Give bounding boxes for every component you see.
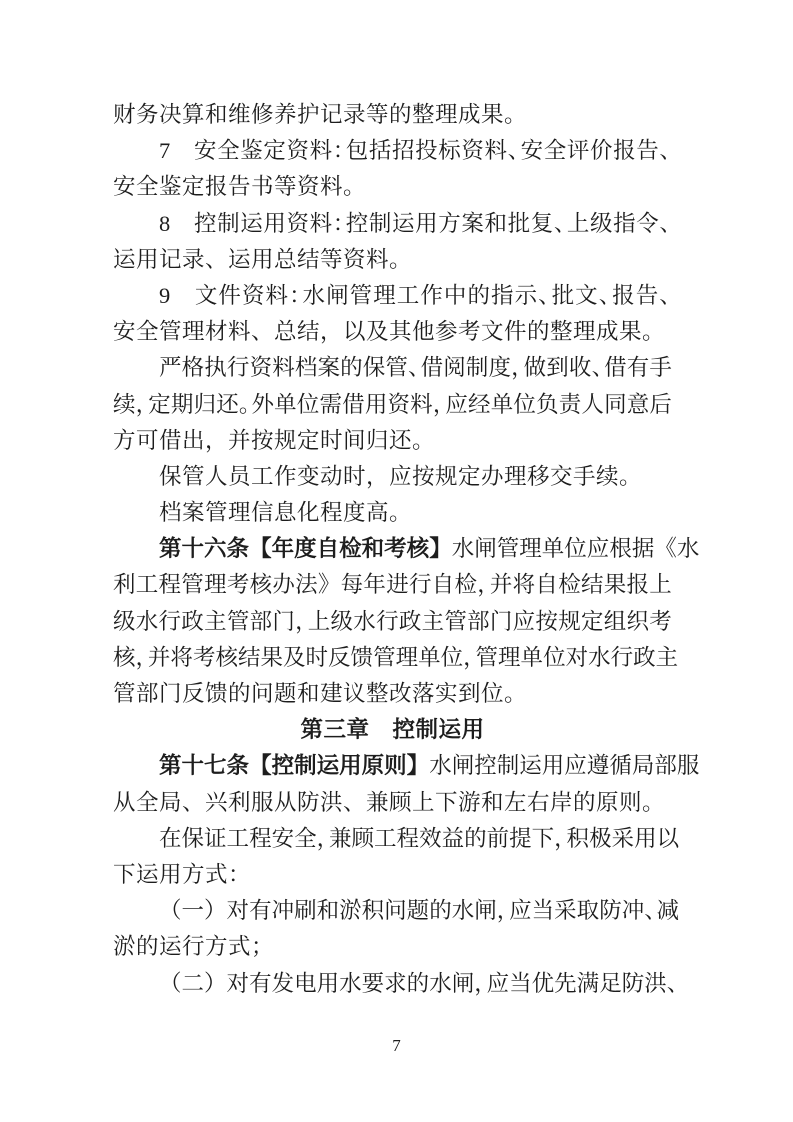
text-char: 上 <box>567 206 590 242</box>
text-line: 级水行政主管部门，上级水行政主管部门应按规定组织考 <box>113 604 672 640</box>
text-char: 控 <box>272 748 295 784</box>
text-char: ， <box>497 893 509 929</box>
text-char: 文 <box>195 278 218 314</box>
text-char: ， <box>295 604 307 640</box>
text-line: 第十七条【控制运用原则】水闸控制运用应遵循局部服 <box>113 748 672 784</box>
text-char: 的 <box>467 278 490 314</box>
text-char: 先 <box>554 966 577 1002</box>
text-char: 料 <box>310 206 333 242</box>
text-char: 上 <box>308 604 331 640</box>
text-char: 检 <box>558 567 581 603</box>
text-char: 当 <box>532 893 555 929</box>
text-char: 工 <box>374 821 397 857</box>
text-line: 从全局、兴利服从防洪、兼顾上下游和左右岸的原则。 <box>113 785 672 821</box>
text-char: 单 <box>521 640 544 676</box>
text-char: 外 <box>251 387 274 423</box>
text-char: 全 <box>217 133 240 169</box>
text-char: 按 <box>535 604 558 640</box>
text-char: 水 <box>429 966 452 1002</box>
text-char: 自 <box>317 531 340 567</box>
text-char: 闸 <box>452 748 475 784</box>
text-line: 7 安全鉴定资料：包括招投标资料、安全评价报告、 <box>113 133 672 169</box>
text-char: 意 <box>627 387 650 423</box>
text-line: 续，定期归还。外单位需借用资料，应经单位负责人同意后 <box>113 387 672 423</box>
text-char: 主 <box>422 604 445 640</box>
text-char: 程 <box>159 567 182 603</box>
text-char: 】 <box>407 748 430 784</box>
text-char: 需 <box>319 387 342 423</box>
text-char: 、 <box>538 278 550 314</box>
text-char: 行 <box>409 567 432 603</box>
text-char: 对 <box>566 640 589 676</box>
text-char: 水 <box>588 640 611 676</box>
text-char: 告 <box>636 133 659 169</box>
text-char: 管 <box>373 640 396 676</box>
text-char: 二 <box>182 966 205 1002</box>
text-char: 理 <box>498 640 521 676</box>
text-char: ： <box>333 133 345 169</box>
text-char: 理 <box>204 567 227 603</box>
text-char: 收 <box>569 350 592 386</box>
text-char: 和 <box>317 893 340 929</box>
text-char: 资 <box>286 133 309 169</box>
text-char: 应 <box>509 893 532 929</box>
text-char: 招 <box>392 133 415 169</box>
text-char: 有 <box>627 350 650 386</box>
text-run: 第三章 控制运用 <box>300 717 484 742</box>
text-char: 门 <box>490 604 513 640</box>
text-char: 《 <box>654 531 677 567</box>
text-char: 。 <box>239 387 251 423</box>
text-char: 理 <box>373 278 396 314</box>
text-char: 还 <box>216 387 239 423</box>
text-char: （ <box>159 966 182 1002</box>
text-char: 效 <box>419 821 442 857</box>
text-char: 积 <box>567 821 590 857</box>
text-char: 取 <box>577 893 600 929</box>
text-char: 条 <box>227 748 250 784</box>
text-char: 应 <box>487 966 510 1002</box>
text-char: 核 <box>407 531 430 567</box>
text-char: 安 <box>272 821 295 857</box>
text-char: 理 <box>396 640 419 676</box>
text-char: ： <box>333 206 345 242</box>
text-char: 要 <box>362 966 385 1002</box>
text-run: 财务决算和维修养护记录等的整理成果。 <box>113 102 527 127</box>
text-char: 定 <box>148 387 171 423</box>
text-char: 用 <box>634 821 657 857</box>
text-char: 报 <box>612 278 635 314</box>
text-char: 求 <box>384 966 407 1002</box>
text-char: 、 <box>508 133 520 169</box>
text-char: 定 <box>263 133 286 169</box>
text-char: 和 <box>362 531 385 567</box>
text-char: 提 <box>509 821 532 857</box>
text-char: 工 <box>136 567 159 603</box>
text-char: 括 <box>369 133 392 169</box>
text-char: 用 <box>339 748 362 784</box>
text-char: 投 <box>415 133 438 169</box>
text-char: 检 <box>339 531 362 567</box>
text-char: ） <box>204 893 227 929</box>
text-char: 、 <box>659 133 671 169</box>
text-char: 工 <box>397 278 420 314</box>
text-char: ， <box>136 387 148 423</box>
text-char: 检 <box>454 567 477 603</box>
text-char: 规 <box>558 604 581 640</box>
text-char: 包 <box>346 133 369 169</box>
text-char: 度 <box>488 350 511 386</box>
text-char: 水 <box>353 604 376 640</box>
text-char: 对 <box>227 966 250 1002</box>
text-char: 资 <box>286 206 309 242</box>
text-char: 兼 <box>329 821 352 857</box>
text-char: 评 <box>567 133 590 169</box>
text-char: 主 <box>204 604 227 640</box>
text-char: 闸 <box>474 531 497 567</box>
text-run: 方可借出，并按规定时间归还。 <box>113 428 435 453</box>
text-char: 根 <box>609 531 632 567</box>
text-run: 运用记录、运用总结等资料。 <box>113 247 412 272</box>
text-char: 严 <box>159 350 182 386</box>
text-char: 、 <box>554 206 566 242</box>
text-char: 运 <box>519 748 542 784</box>
text-char: 果 <box>260 640 283 676</box>
text-char: 前 <box>487 821 510 857</box>
text-run: 档案管理信息化程度高。 <box>159 500 412 525</box>
text-char: 反 <box>328 640 351 676</box>
text-line: 严格执行资料档案的保管、借阅制度，做到收、借有手 <box>113 350 672 386</box>
text-char: 管 <box>181 567 204 603</box>
text-char: 当 <box>509 966 532 1002</box>
text-char: 水 <box>677 531 700 567</box>
text-char: 制 <box>497 748 520 784</box>
text-char: 保 <box>363 350 386 386</box>
text-char: 考 <box>227 567 250 603</box>
text-char: 指 <box>491 278 514 314</box>
text-char: 制 <box>466 350 489 386</box>
text-char: 冲 <box>622 893 645 929</box>
text-char: 档 <box>295 350 318 386</box>
text-char: 第 <box>159 748 182 784</box>
text-char: 采 <box>612 821 635 857</box>
text-char: 织 <box>626 604 649 640</box>
text-char: 行 <box>376 604 399 640</box>
text-char: 循 <box>609 748 632 784</box>
text-line: （一）对有冲刷和淤积问题的水闸，应当采取防冲、减 <box>113 893 672 929</box>
text-char: ， <box>554 821 566 857</box>
text-char: 制 <box>294 748 317 784</box>
text-char: 保 <box>182 821 205 857</box>
text-char <box>171 278 194 314</box>
text-char: 部 <box>250 604 273 640</box>
text-char: 级 <box>590 206 613 242</box>
text-char: 控 <box>474 748 497 784</box>
text-char: 第 <box>159 531 182 567</box>
text-char: 益 <box>442 821 465 857</box>
text-char: 级 <box>113 604 136 640</box>
text-char: 阅 <box>443 350 466 386</box>
text-char: 程 <box>249 821 272 857</box>
text-char: 政 <box>399 604 422 640</box>
text-char: 运 <box>240 206 263 242</box>
text-line: 安全管理材料、总结，以及其他参考文件的整理成果。 <box>113 314 672 350</box>
text-char: 料 <box>272 350 295 386</box>
text-line: 在保证工程安全，兼顾工程效益的前提下，积极采用以 <box>113 821 672 857</box>
text-char: 优 <box>532 966 555 1002</box>
text-char: 件 <box>218 278 241 314</box>
text-char: ， <box>433 387 445 423</box>
text-char: 每 <box>341 567 364 603</box>
text-char: 料 <box>484 133 507 169</box>
text-char: 位 <box>513 387 536 423</box>
text-char: 法 <box>295 567 318 603</box>
text-char: ， <box>136 640 148 676</box>
text-line: 下运用方式： <box>113 857 672 893</box>
text-char: 经 <box>468 387 491 423</box>
text-char: 运 <box>392 206 415 242</box>
text-char: 部 <box>467 604 490 640</box>
text-char: 行 <box>159 604 182 640</box>
text-char: 防 <box>622 966 645 1002</box>
text-line: 方可借出，并按规定时间归还。 <box>113 423 672 459</box>
text-line: 档案管理信息化程度高。 <box>113 495 672 531</box>
text-char: 结 <box>581 567 604 603</box>
text-char: 归 <box>194 387 217 423</box>
text-char: 9 <box>159 278 170 314</box>
text-char: 主 <box>656 640 679 676</box>
text-char: 期 <box>171 387 194 423</box>
page-number: 7 <box>0 1036 793 1056</box>
text-char: 核 <box>250 567 273 603</box>
text-char: 自 <box>432 567 455 603</box>
text-char: 定 <box>581 604 604 640</box>
text-char: 十 <box>182 748 205 784</box>
text-char: 用 <box>542 748 565 784</box>
text-char: 鉴 <box>240 133 263 169</box>
text-char: 文 <box>575 278 598 314</box>
text-char: 执 <box>204 350 227 386</box>
text-char: 核 <box>113 640 136 676</box>
text-char: 指 <box>613 206 636 242</box>
text-char: 资 <box>387 387 410 423</box>
text-char: 对 <box>227 893 250 929</box>
text-char: 管 <box>227 604 250 640</box>
text-char: 借 <box>421 350 444 386</box>
document-content: 财务决算和维修养护记录等的整理成果。7 安全鉴定资料：包括招投标资料、安全评价报… <box>113 97 672 1002</box>
text-char: 批 <box>552 278 575 314</box>
text-char: 用 <box>365 387 388 423</box>
text-char: 资 <box>461 133 484 169</box>
text-char: 水 <box>452 531 475 567</box>
text-char: 管 <box>385 350 408 386</box>
text-char: 度 <box>294 531 317 567</box>
text-char: 将 <box>513 567 536 603</box>
text-char: 制 <box>217 206 240 242</box>
text-char: 借 <box>604 350 627 386</box>
text-char: 利 <box>113 567 136 603</box>
text-char: （ <box>159 893 182 929</box>
text-char: 单 <box>542 531 565 567</box>
text-char: 案 <box>461 206 484 242</box>
text-char: 问 <box>384 893 407 929</box>
text-char: 有 <box>249 966 272 1002</box>
text-run: 管部门反馈的问题和建议整改落实到位。 <box>113 681 527 706</box>
text-line: （二）对有发电用水要求的水闸，应当优先满足防洪、 <box>113 966 672 1002</box>
text-char: 料 <box>410 387 433 423</box>
text-char <box>171 206 194 242</box>
text-char: 7 <box>159 133 170 169</box>
text-char: 安 <box>194 133 217 169</box>
text-char: 闸 <box>326 278 349 314</box>
text-char: 顾 <box>352 821 375 857</box>
text-char: 格 <box>182 350 205 386</box>
text-char: 发 <box>272 966 295 1002</box>
text-char: 管 <box>444 604 467 640</box>
text-char: 资 <box>250 350 273 386</box>
text-char: 标 <box>438 133 461 169</box>
text-char: 电 <box>294 966 317 1002</box>
text-char: 组 <box>604 604 627 640</box>
text-char: 中 <box>444 278 467 314</box>
text-char: 工 <box>227 821 250 857</box>
text-char: 管 <box>350 278 373 314</box>
text-char: 应 <box>564 748 587 784</box>
text-char: 及 <box>283 640 306 676</box>
text-char: 结 <box>238 640 261 676</box>
text-char: 位 <box>297 387 320 423</box>
text-line: 淤的运行方式； <box>113 929 672 965</box>
text-char: 应 <box>513 604 536 640</box>
text-char: ， <box>317 821 329 857</box>
text-char: 管 <box>476 640 499 676</box>
text-char: 进 <box>386 567 409 603</box>
text-char: 方 <box>438 206 461 242</box>
text-char: 理 <box>519 531 542 567</box>
text-char: 水 <box>429 748 452 784</box>
text-char: 行 <box>611 640 634 676</box>
text-char: 续 <box>113 387 136 423</box>
text-char: 的 <box>407 966 430 1002</box>
text-char: 令 <box>636 206 659 242</box>
text-char: 借 <box>342 387 365 423</box>
text-char: 核 <box>215 640 238 676</box>
text-char: 据 <box>632 531 655 567</box>
text-char: 、 <box>667 966 679 1002</box>
text-char: 考 <box>649 604 672 640</box>
text-char: 应 <box>445 387 468 423</box>
text-char: 七 <box>204 748 227 784</box>
text-char: 在 <box>159 821 182 857</box>
text-char: 将 <box>170 640 193 676</box>
text-char: 料 <box>310 133 333 169</box>
text-line: 运用记录、运用总结等资料。 <box>113 242 672 278</box>
text-char: 足 <box>599 966 622 1002</box>
text-line: 财务决算和维修养护记录等的整理成果。 <box>113 97 672 133</box>
text-char: 水 <box>303 278 326 314</box>
text-char: ， <box>474 966 486 1002</box>
text-char: 冲 <box>272 893 295 929</box>
text-char: 位 <box>441 640 464 676</box>
text-char: 的 <box>429 893 452 929</box>
text-char: 的 <box>464 821 487 857</box>
text-run: 安全鉴定报告书等资料。 <box>113 174 366 199</box>
text-char: 条 <box>227 531 250 567</box>
text-char: 价 <box>590 133 613 169</box>
text-char: 做 <box>524 350 547 386</box>
text-char: 控 <box>194 206 217 242</box>
text-char: 到 <box>546 350 569 386</box>
text-char: 【 <box>249 748 272 784</box>
text-char: 管 <box>497 531 520 567</box>
chapter-heading: 第三章 控制运用 <box>113 712 672 748</box>
text-char: 一 <box>182 893 205 929</box>
text-char: 负 <box>536 387 559 423</box>
document-page: 财务决算和维修养护记录等的整理成果。7 安全鉴定资料：包括招投标资料、安全评价报… <box>0 0 793 1122</box>
text-char: 闸 <box>474 893 497 929</box>
text-char: 【 <box>249 531 272 567</box>
text-char: 全 <box>544 133 567 169</box>
text-run: 保管人员工作变动时，应按规定办理移交手续。 <box>159 464 642 489</box>
text-char: ， <box>463 640 475 676</box>
text-char: 全 <box>294 821 317 857</box>
text-char: 十 <box>182 531 205 567</box>
text-run: 安全管理材料、总结，以及其他参考文件的整理成果。 <box>113 319 665 344</box>
text-run: 从全局、兴利服从防洪、兼顾上下游和左右岸的原则。 <box>113 790 665 815</box>
text-char: 上 <box>649 567 672 603</box>
text-char: 和 <box>484 206 507 242</box>
text-char: 单 <box>418 640 441 676</box>
text-char: ） <box>204 966 227 1002</box>
text-char: 并 <box>490 567 513 603</box>
text-line: 核，并将考核结果及时反馈管理单位，管理单位对水行政主 <box>113 640 672 676</box>
text-char: 应 <box>587 531 610 567</box>
text-char: 、 <box>659 206 671 242</box>
text-char: 淤 <box>339 893 362 929</box>
text-char: 报 <box>626 567 649 603</box>
text-char: 位 <box>543 640 566 676</box>
text-char: 满 <box>577 966 600 1002</box>
text-char: 案 <box>317 350 340 386</box>
text-char: 、 <box>592 350 604 386</box>
text-char: 资 <box>242 278 265 314</box>
text-char: 考 <box>384 531 407 567</box>
text-char: 年 <box>363 567 386 603</box>
text-char: 防 <box>599 893 622 929</box>
text-line: 9 文件资料：水闸管理工作中的指示、批文、报告、 <box>113 278 672 314</box>
text-char: 作 <box>420 278 443 314</box>
text-char: 】 <box>429 531 452 567</box>
text-char: ， <box>511 350 523 386</box>
text-char: 果 <box>604 567 627 603</box>
text-char: 采 <box>554 893 577 929</box>
text-char: 8 <box>159 206 170 242</box>
text-char: ： <box>289 278 301 314</box>
text-char: 并 <box>148 640 171 676</box>
text-char: 遵 <box>587 748 610 784</box>
text-char: 手 <box>649 350 672 386</box>
text-char: 级 <box>331 604 354 640</box>
text-char: 题 <box>407 893 430 929</box>
text-char: 的 <box>340 350 363 386</box>
text-char: 程 <box>397 821 420 857</box>
text-char: 单 <box>274 387 297 423</box>
text-char: 用 <box>317 966 340 1002</box>
text-char: 人 <box>581 387 604 423</box>
text-char: 、 <box>408 350 420 386</box>
text-char: 政 <box>181 604 204 640</box>
text-char: 单 <box>491 387 514 423</box>
